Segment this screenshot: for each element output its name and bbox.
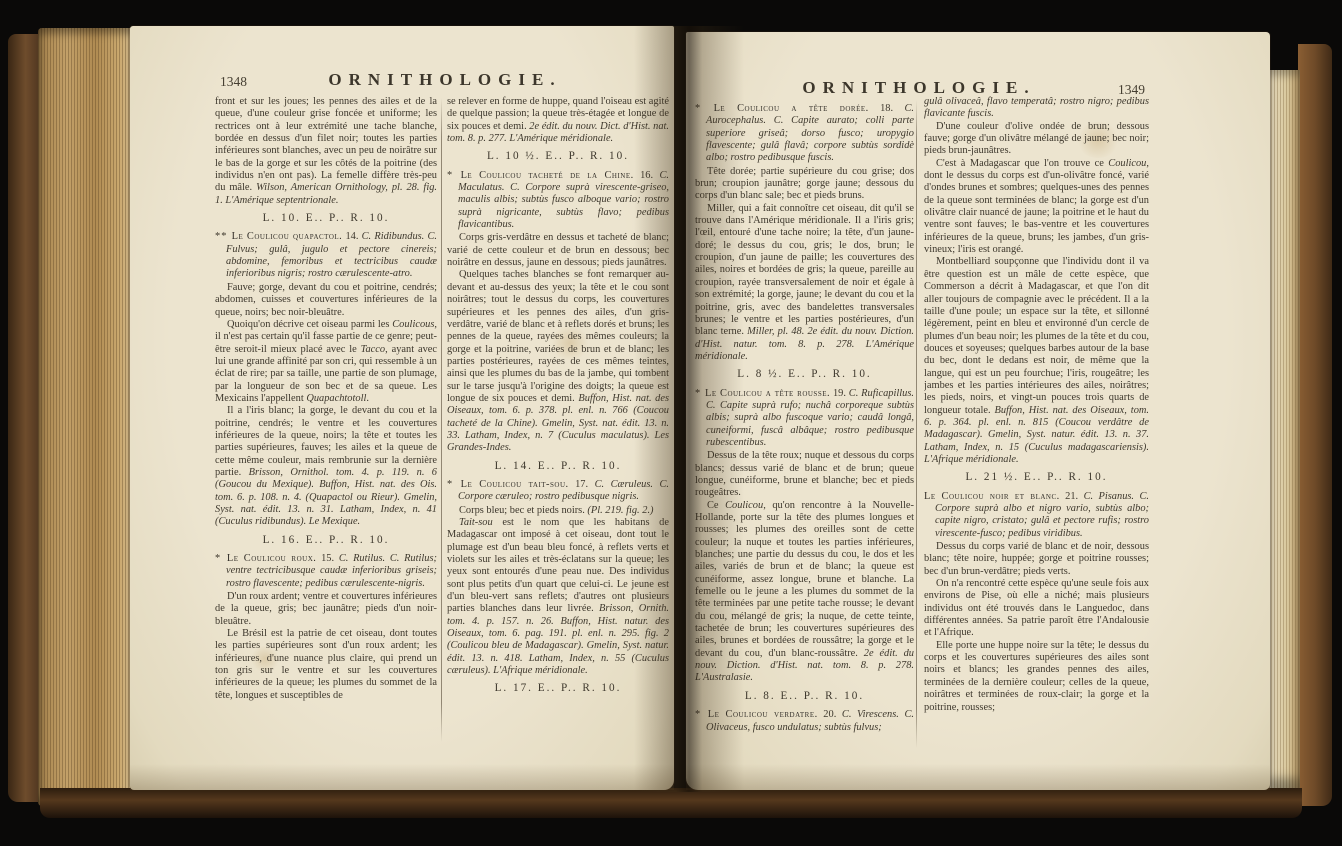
running-title-left: ORNITHOLOGIE. (225, 70, 665, 90)
paragraph: Le Brésil est la patrie de cet oiseau, d… (215, 628, 437, 702)
left-page: 1348 ORNITHOLOGIE. front et sur les joue… (130, 26, 674, 790)
paragraph: Elle porte une huppe noire sur la tête; … (924, 640, 1149, 714)
species-entry-heading: ** Le Coulicou quapactol. 14. C. Ridibun… (215, 231, 437, 280)
bottom-book-edge (40, 788, 1302, 818)
paragraph: D'une couleur d'olive ondée de brun; des… (924, 121, 1149, 158)
species-entry-heading: * Le Coulicou tait-sou. 17. C. Cæruleus.… (447, 479, 669, 504)
entry-marker: ** (215, 231, 232, 242)
paragraph: Corps bleu; bec et pieds noirs. (Pl. 219… (447, 505, 669, 517)
paragraph: Tête dorée; partie supérieure du cou gri… (695, 166, 914, 203)
species-name: Le Coulicou noir et blanc. (924, 491, 1060, 502)
paragraph: On n'a rencontré cette espèce qu'une seu… (924, 578, 1149, 640)
paragraph: Tait-sou est le nom que les habitans de … (447, 517, 669, 677)
column-rule (916, 100, 917, 748)
paragraph: Ce Coulicou, qu'on rencontre à la Nouvel… (695, 500, 914, 685)
paragraph: gulâ olivaceâ, flavo temperatâ; rostro n… (924, 96, 1149, 121)
size-line: L. 16. E.. P.. R. 10. (215, 534, 437, 546)
right-book-cover (1298, 44, 1332, 806)
entry-marker: * (695, 709, 708, 720)
entry-marker: * (695, 388, 705, 399)
text-column-right-2: gulâ olivaceâ, flavo temperatâ; rostro n… (924, 96, 1149, 756)
paragraph: Il a l'iris blanc; la gorge, le devant d… (215, 405, 437, 528)
species-name: Le Coulicou verdatre. (708, 709, 818, 720)
paragraph: Corps gris-verdâtre en dessus et tacheté… (447, 232, 669, 269)
size-line: L. 8 ½. E.. P.. R. 10. (695, 368, 914, 380)
text-column-left-2: se relever en forme de huppe, quand l'oi… (447, 96, 669, 748)
right-page-stack-fore-edge (1268, 70, 1300, 788)
species-entry-heading: * Le Coulicou verdatre. 20. C. Virescens… (695, 709, 914, 734)
paragraph: C'est à Madagascar que l'on trouve ce Co… (924, 158, 1149, 257)
text-column-left-1: front et sur les joues; les pennes des a… (215, 96, 437, 748)
right-page: 1349 ORNITHOLOGIE. * Le Coulicou a tête … (686, 32, 1270, 790)
paragraph: se relever en forme de huppe, quand l'oi… (447, 96, 669, 145)
page-shading (130, 764, 674, 790)
size-line: L. 8. E.. P.. R. 10. (695, 690, 914, 702)
paragraph: Quelques taches blanches se font remarqu… (447, 269, 669, 454)
entry-marker: * (447, 170, 461, 181)
species-entry-heading: * Le Coulicou a tête dorée. 18. C. Auroc… (695, 103, 914, 165)
left-book-cover (8, 34, 40, 802)
species-name: Le Coulicou a tête dorée. (714, 103, 869, 114)
paragraph: front et sur les joues; les pennes des a… (215, 96, 437, 207)
species-name: Le Coulicou a tête rousse. (705, 388, 830, 399)
entry-marker: * (695, 103, 714, 114)
paragraph: Dessus du corps varié de blanc et de noi… (924, 541, 1149, 578)
entry-marker: * (215, 553, 227, 564)
species-name: Le Coulicou quapactol. (232, 231, 343, 242)
paragraph: D'un roux ardent; ventre et couvertures … (215, 591, 437, 628)
species-name: Le Coulicou tait-sou. (461, 479, 569, 490)
size-line: L. 10 ½. E.. P.. R. 10. (447, 150, 669, 162)
species-entry-heading: * Le Coulicou tacheté de la Chine. 16. C… (447, 170, 669, 232)
species-entry-heading: * Le Coulicou a tête rousse. 19. C. Rufi… (695, 388, 914, 450)
size-line: L. 21 ½. E.. P.. R. 10. (924, 471, 1149, 483)
column-rule (441, 98, 442, 742)
page-shading (686, 764, 1270, 790)
paragraph: Quoiqu'on décrive cet oiseau parmi les C… (215, 319, 437, 405)
species-entry-heading: Le Coulicou noir et blanc. 21. C. Pisanu… (924, 491, 1149, 540)
left-page-stack-fore-edge (38, 28, 134, 806)
species-name: Le Coulicou roux. (227, 553, 316, 564)
running-title-right: ORNITHOLOGIE. (694, 78, 1144, 98)
book-scan: 1348 ORNITHOLOGIE. front et sur les joue… (0, 0, 1342, 846)
entry-marker: * (447, 479, 461, 490)
paragraph: Fauve; gorge, devant du cou et poitrine,… (215, 282, 437, 319)
species-entry-heading: * Le Coulicou roux. 15. C. Rutilus. C. R… (215, 553, 437, 590)
size-line: L. 10. E.. P.. R. 10. (215, 212, 437, 224)
species-name: Le Coulicou tacheté de la Chine. (461, 170, 634, 181)
paragraph: Dessus de la tête roux; nuque et dessous… (695, 450, 914, 499)
paragraph: Miller, qui a fait connoître cet oiseau,… (695, 203, 914, 363)
size-line: L. 14. E.. P.. R. 10. (447, 460, 669, 472)
size-line: L. 17. E.. P.. R. 10. (447, 682, 669, 694)
text-column-right-1: * Le Coulicou a tête dorée. 18. C. Auroc… (695, 96, 914, 756)
paragraph: Montbelliard soupçonne que l'individu do… (924, 256, 1149, 466)
